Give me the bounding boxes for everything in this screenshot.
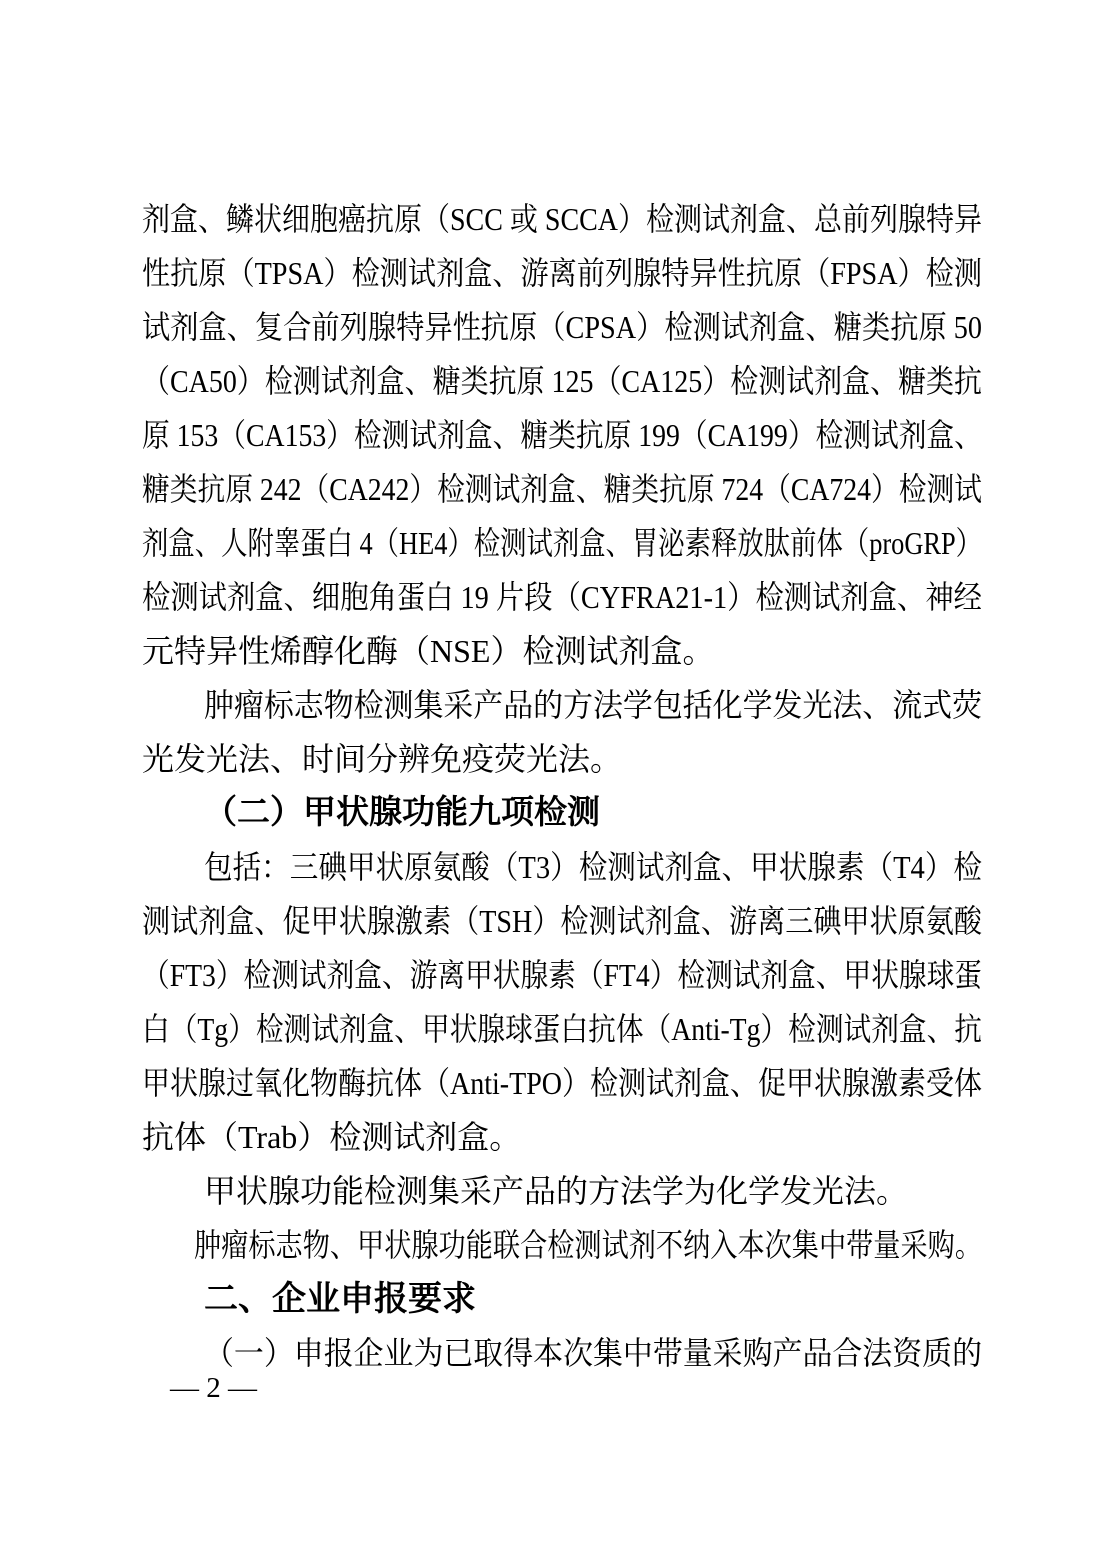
- document-page: 剂盒、鳞状细胞癌抗原（SCC 或 SCCA）检测试剂盒、总前列腺特异 性抗原（T…: [0, 0, 1102, 1559]
- heading-text: 二、企业申报要求: [204, 1272, 476, 1326]
- text-line: 抗体（Trab）检测试剂盒。: [142, 1110, 982, 1164]
- text-line: 甲状腺过氧化物酶抗体（Anti-TPO）检测试剂盒、促甲状腺激素受体: [142, 1056, 982, 1110]
- line-text: 剂盒、人附睾蛋白 4（HE4）检测试剂盒、胃泌素释放肽前体（proGRP）: [142, 516, 982, 570]
- line-text: 元特异性烯醇化酶（NSE）检测试剂盒。: [142, 624, 714, 678]
- line-text: 试剂盒、复合前列腺特异性抗原（CPSA）检测试剂盒、糖类抗原 50: [142, 300, 982, 354]
- text-line: 肿瘤标志物、甲状腺功能联合检测试剂不纳入本次集中带量采购。: [142, 1218, 982, 1272]
- text-line: 剂盒、人附睾蛋白 4（HE4）检测试剂盒、胃泌素释放肽前体（proGRP）: [142, 516, 982, 570]
- line-text: 剂盒、鳞状细胞癌抗原（SCC 或 SCCA）检测试剂盒、总前列腺特异: [142, 192, 982, 246]
- line-text: 光发光法、时间分辨免疫荧光法。: [142, 732, 622, 786]
- text-line: 白（Tg）检测试剂盒、甲状腺球蛋白抗体（Anti-Tg）检测试剂盒、抗: [142, 1002, 982, 1056]
- text-line: 测试剂盒、促甲状腺激素（TSH）检测试剂盒、游离三碘甲状原氨酸: [142, 894, 982, 948]
- section-heading-thyroid: （二）甲状腺功能九项检测: [142, 786, 982, 840]
- text-line: （一）申报企业为已取得本次集中带量采购产品合法资质的: [142, 1326, 982, 1380]
- text-line: 光发光法、时间分辨免疫荧光法。: [142, 732, 982, 786]
- line-text: （一）申报企业为已取得本次集中带量采购产品合法资质的: [204, 1326, 982, 1380]
- line-text: 肿瘤标志物检测集采产品的方法学包括化学发光法、流式荧: [204, 678, 982, 732]
- document-body: 剂盒、鳞状细胞癌抗原（SCC 或 SCCA）检测试剂盒、总前列腺特异 性抗原（T…: [142, 192, 982, 1380]
- line-text: 白（Tg）检测试剂盒、甲状腺球蛋白抗体（Anti-Tg）检测试剂盒、抗: [142, 1002, 982, 1056]
- text-line: 原 153（CA153）检测试剂盒、糖类抗原 199（CA199）检测试剂盒、: [142, 408, 982, 462]
- line-text: 性抗原（TPSA）检测试剂盒、游离前列腺特异性抗原（FPSA）检测: [142, 246, 982, 300]
- page-number-text: — 2 —: [170, 1372, 257, 1404]
- text-line: 包括：三碘甲状原氨酸（T3）检测试剂盒、甲状腺素（T4）检: [142, 840, 982, 894]
- text-line: （FT3）检测试剂盒、游离甲状腺素（FT4）检测试剂盒、甲状腺球蛋: [142, 948, 982, 1002]
- text-line: （CA50）检测试剂盒、糖类抗原 125（CA125）检测试剂盒、糖类抗: [142, 354, 982, 408]
- heading-text: （二）甲状腺功能九项检测: [204, 786, 600, 840]
- line-text: 甲状腺过氧化物酶抗体（Anti-TPO）检测试剂盒、促甲状腺激素受体: [142, 1056, 982, 1110]
- line-text: 测试剂盒、促甲状腺激素（TSH）检测试剂盒、游离三碘甲状原氨酸: [142, 894, 982, 948]
- page-number: — 2 —: [170, 1368, 257, 1408]
- section-heading-enterprise-requirements: 二、企业申报要求: [142, 1272, 982, 1326]
- line-text: 检测试剂盒、细胞角蛋白 19 片段（CYFRA21-1）检测试剂盒、神经: [142, 570, 982, 624]
- line-text: 包括：三碘甲状原氨酸（T3）检测试剂盒、甲状腺素（T4）检: [204, 840, 982, 894]
- line-text: 甲状腺功能检测集采产品的方法学为化学发光法。: [204, 1164, 908, 1218]
- line-text: （FT3）检测试剂盒、游离甲状腺素（FT4）检测试剂盒、甲状腺球蛋: [142, 948, 982, 1002]
- text-line: 甲状腺功能检测集采产品的方法学为化学发光法。: [142, 1164, 982, 1218]
- line-text: （CA50）检测试剂盒、糖类抗原 125（CA125）检测试剂盒、糖类抗: [142, 354, 982, 408]
- text-line: 糖类抗原 242（CA242）检测试剂盒、糖类抗原 724（CA724）检测试: [142, 462, 982, 516]
- line-text: 原 153（CA153）检测试剂盒、糖类抗原 199（CA199）检测试剂盒、: [142, 408, 982, 462]
- line-text: 抗体（Trab）检测试剂盒。: [142, 1110, 521, 1164]
- text-line: 检测试剂盒、细胞角蛋白 19 片段（CYFRA21-1）检测试剂盒、神经: [142, 570, 982, 624]
- line-text: 糖类抗原 242（CA242）检测试剂盒、糖类抗原 724（CA724）检测试: [142, 462, 982, 516]
- text-line: 剂盒、鳞状细胞癌抗原（SCC 或 SCCA）检测试剂盒、总前列腺特异: [142, 192, 982, 246]
- text-line: 试剂盒、复合前列腺特异性抗原（CPSA）检测试剂盒、糖类抗原 50: [142, 300, 982, 354]
- text-line: 肿瘤标志物检测集采产品的方法学包括化学发光法、流式荧: [142, 678, 982, 732]
- line-text: 肿瘤标志物、甲状腺功能联合检测试剂不纳入本次集中带量采购。: [194, 1218, 982, 1272]
- text-line: 性抗原（TPSA）检测试剂盒、游离前列腺特异性抗原（FPSA）检测: [142, 246, 982, 300]
- text-line: 元特异性烯醇化酶（NSE）检测试剂盒。: [142, 624, 982, 678]
